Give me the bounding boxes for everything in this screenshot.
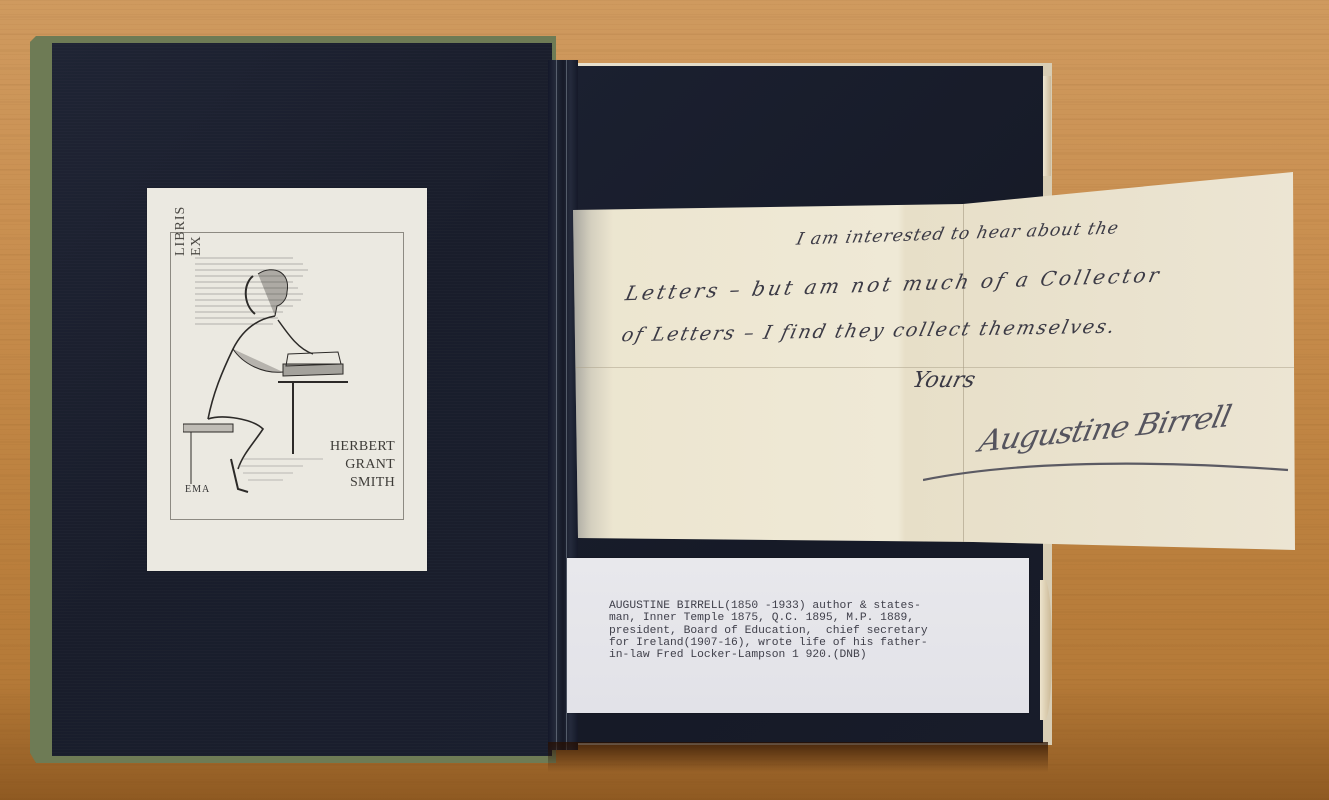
letter-line: of Letters – I find they collect themsel… [619, 316, 1118, 347]
valediction: Yours [910, 368, 978, 393]
label-line: president, Board of Education, chief sec… [609, 625, 928, 637]
owner-first-name: HERBERT [330, 438, 395, 456]
letter-line: I am interested to hear about the [795, 218, 1121, 249]
label-line: for Ireland(1907-16), wrote life of his … [609, 637, 928, 649]
label-line: man, Inner Temple 1875, Q.C. 1895, M.P. … [609, 612, 928, 624]
ex-word: EX [189, 206, 205, 256]
owner-last-name: SMITH [330, 474, 395, 492]
label-text: AUGUSTINE BIRRELL(1850 -1933) author & s… [609, 600, 928, 661]
book-shadow [548, 742, 1048, 772]
bookplate-owner-name: HERBERT GRANT SMITH [330, 438, 395, 492]
label-line: AUGUSTINE BIRRELL(1850 -1933) author & s… [609, 600, 928, 612]
typed-biography-label: AUGUSTINE BIRRELL(1850 -1933) author & s… [567, 558, 1029, 713]
signature: Augustine Birrell [976, 399, 1234, 459]
bookplate: LIBRIS EX [147, 188, 427, 571]
handwritten-letter: I am interested to hear about the Letter… [573, 172, 1295, 550]
libris-word: LIBRIS [173, 206, 189, 256]
artist-initials: EMA [185, 484, 210, 495]
ex-libris-text: LIBRIS EX [173, 206, 205, 256]
letter-line: Letters – but am not much of a Collector [623, 263, 1164, 306]
deckle-edge [1043, 76, 1051, 176]
signature-flourish-icon [923, 454, 1293, 484]
label-line: in-law Fred Locker-Lampson 1 920.(DNB) [609, 649, 928, 661]
owner-middle-name: GRANT [330, 456, 395, 474]
